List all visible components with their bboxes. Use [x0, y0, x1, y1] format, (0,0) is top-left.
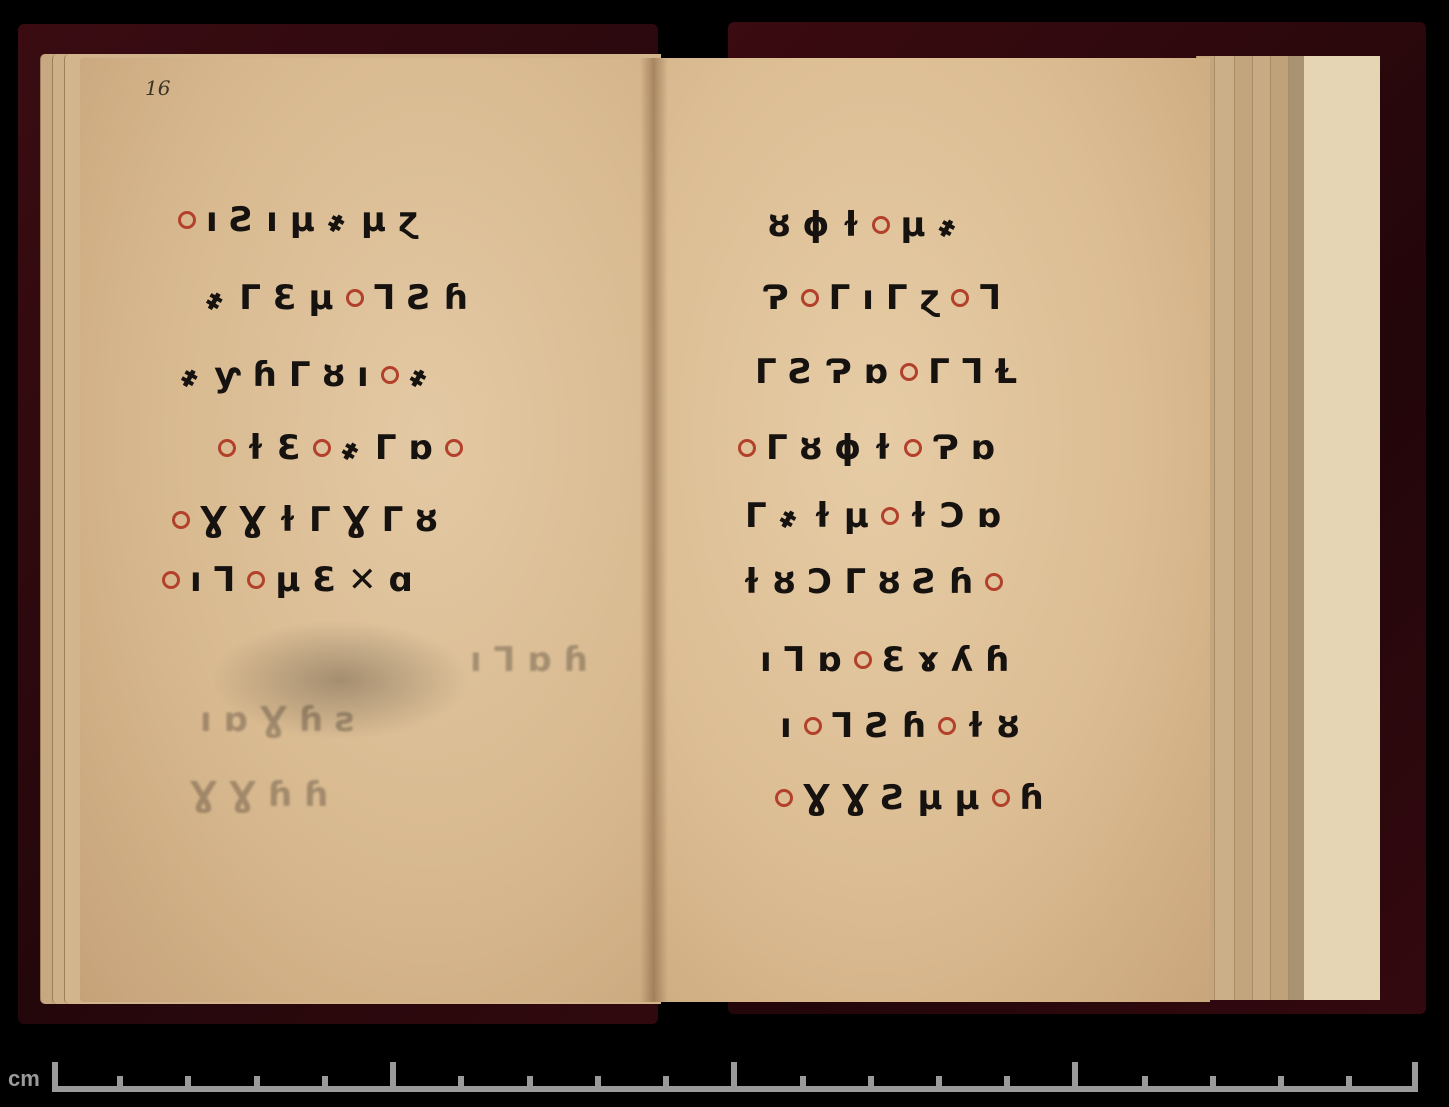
script-glyph: ȣ: [323, 355, 347, 395]
rubric-dot: [218, 439, 236, 457]
script-glyph: Ɣ: [343, 500, 372, 540]
ruler-tick: [1278, 1076, 1284, 1092]
script-glyph: ɦ: [253, 355, 279, 395]
right-line-7: ıꞀɒƐɤʎɦ: [760, 640, 1011, 680]
script-glyph: ɒ: [977, 496, 1003, 536]
rubric-dot: [854, 651, 872, 669]
script-glyph: ɫ: [966, 706, 987, 746]
left-line-3: ҂ƴɦΓȣı҂: [180, 355, 433, 395]
script-glyph: ı: [862, 278, 876, 318]
script-glyph: ɀ: [398, 200, 420, 240]
rubric-dot: [738, 439, 756, 457]
ruler-tick: [527, 1076, 533, 1092]
left-line-4: ɫƐ҂Γɒ: [218, 428, 463, 468]
script-glyph: Ƨ: [230, 200, 257, 240]
script-glyph: ɦ: [299, 700, 325, 740]
script-glyph: Ɣ: [803, 778, 832, 818]
script-glyph: ҂: [938, 205, 962, 245]
script-glyph: Ɣ: [190, 775, 219, 815]
script-glyph: ı: [470, 640, 484, 680]
left-line-6: ıꞀµƐ✕ɑ: [162, 560, 415, 600]
rubric-dot: [804, 717, 822, 735]
script-glyph: Γ: [829, 278, 853, 318]
script-glyph: ȣ: [768, 205, 792, 245]
rubric-dot: [313, 439, 331, 457]
rubric-dot: [172, 511, 190, 529]
script-glyph: ɫ: [813, 496, 834, 536]
rubric-dot: [247, 571, 265, 589]
script-glyph: ȣ: [415, 500, 439, 540]
script-glyph: µ: [290, 200, 317, 240]
script-glyph: Γ: [309, 500, 333, 540]
cm-scale-ruler: [52, 1062, 1418, 1092]
script-glyph: ɦ: [1020, 778, 1046, 818]
script-glyph: Ɣ: [200, 500, 229, 540]
ruler-major-tick: [390, 1062, 396, 1092]
ruler-tick: [595, 1076, 601, 1092]
ruler-tick: [1210, 1076, 1216, 1092]
script-glyph: ɦ: [949, 562, 975, 602]
left-line-1: ıƧıµ҂µɀ: [178, 200, 420, 240]
ruler-tick: [458, 1076, 464, 1092]
script-glyph: ȣ: [773, 562, 797, 602]
script-glyph: Ꞁ: [832, 706, 856, 746]
script-glyph: ı: [206, 200, 220, 240]
script-glyph: ϕ: [802, 205, 831, 245]
rubric-dot: [904, 439, 922, 457]
script-glyph: Ɂ: [825, 352, 854, 392]
scale-unit-label: cm: [8, 1066, 40, 1092]
script-glyph: ɀ: [920, 278, 942, 318]
ruler-tick: [868, 1076, 874, 1092]
rubric-dot: [900, 363, 918, 381]
left-ghost-line-1: ıꞀɒɦ: [470, 640, 590, 680]
right-line-8: ıꞀƧɦɫȣ: [780, 706, 1021, 746]
script-glyph: ɒ: [409, 428, 435, 468]
right-line-9: ƔƔƧµµɦ: [775, 778, 1046, 818]
script-glyph: ı: [760, 640, 774, 680]
right-line-3: ΓƧɁɒΓꞀⱢ: [755, 352, 1019, 392]
script-glyph: µ: [309, 278, 336, 318]
script-glyph: µ: [361, 200, 388, 240]
script-glyph: ɒ: [817, 640, 843, 680]
script-glyph: ҂: [341, 428, 365, 468]
script-glyph: Γ: [382, 500, 406, 540]
ruler-tick: [1142, 1076, 1148, 1092]
rubric-dot: [985, 573, 1003, 591]
right-line-5: Γ҂ɫµɫƆɒ: [745, 496, 1003, 536]
ruler-major-tick: [1412, 1062, 1418, 1092]
script-glyph: ɫ: [873, 428, 894, 468]
ruler-major-tick: [52, 1062, 58, 1092]
script-glyph: ƨ: [335, 700, 357, 740]
rubric-dot: [938, 717, 956, 735]
script-glyph: ɦ: [268, 775, 294, 815]
script-glyph: Γ: [755, 352, 779, 392]
left-ghost-line-3: ƔƔɦɦ: [190, 775, 330, 815]
script-glyph: Ꞁ: [979, 278, 1003, 318]
script-glyph: Ɣ: [260, 700, 289, 740]
script-glyph: Ꞁ: [784, 640, 808, 680]
script-glyph: Ꞁ: [214, 560, 238, 600]
script-glyph: Γ: [844, 562, 868, 602]
script-glyph: ȣ: [878, 562, 902, 602]
script-glyph: Ɛ: [273, 278, 299, 318]
script-glyph: ı: [780, 706, 794, 746]
ruler-tick: [800, 1076, 806, 1092]
script-glyph: Ƨ: [865, 706, 892, 746]
script-glyph: ɒ: [864, 352, 890, 392]
script-glyph: µ: [900, 205, 927, 245]
script-glyph: ҂: [779, 496, 803, 536]
script-glyph: ɦ: [304, 775, 330, 815]
ruler-major-tick: [1072, 1062, 1078, 1092]
script-glyph: Ɣ: [239, 500, 268, 540]
script-glyph: Γ: [239, 278, 263, 318]
script-glyph: ɫ: [246, 428, 267, 468]
script-glyph: Ɂ: [762, 278, 791, 318]
ruler-tick: [663, 1076, 669, 1092]
script-glyph: ɒ: [971, 428, 997, 468]
script-glyph: ı: [357, 355, 371, 395]
rubric-dot: [178, 211, 196, 229]
ruler-tick: [1004, 1076, 1010, 1092]
script-glyph: ɑ: [389, 560, 415, 600]
script-glyph: ɦ: [985, 640, 1011, 680]
script-glyph: ҂: [205, 278, 229, 318]
right-line-1: ȣϕɫµ҂: [768, 205, 962, 245]
folio-number: 16: [145, 76, 170, 100]
script-glyph: Γ: [745, 496, 769, 536]
script-glyph: ɦ: [902, 706, 928, 746]
rubric-dot: [381, 366, 399, 384]
script-glyph: Ƨ: [912, 562, 939, 602]
script-glyph: ɒ: [224, 700, 250, 740]
script-glyph: ƴ: [214, 355, 242, 395]
script-glyph: Ɂ: [932, 428, 961, 468]
script-glyph: ɫ: [909, 496, 930, 536]
ruler-tick: [322, 1076, 328, 1092]
right-line-4: ΓȣϕɫɁɒ: [738, 428, 997, 468]
script-glyph: Ƨ: [407, 278, 434, 318]
script-glyph: Ɛ: [277, 428, 303, 468]
endpaper: [1304, 56, 1380, 1000]
script-glyph: ɤ: [917, 640, 941, 680]
script-glyph: Ɛ: [312, 560, 338, 600]
script-glyph: Γ: [375, 428, 399, 468]
rubric-dot: [775, 789, 793, 807]
rubric-dot: [951, 289, 969, 307]
right-line-2: ɁΓıΓɀꞀ: [762, 278, 1003, 318]
rubric-dot: [346, 289, 364, 307]
script-glyph: ı: [190, 560, 204, 600]
script-glyph: ✕: [348, 560, 379, 600]
script-glyph: Ꞁ: [374, 278, 398, 318]
script-glyph: ɦ: [564, 640, 590, 680]
script-glyph: Ɛ: [882, 640, 908, 680]
script-glyph: ɫ: [841, 205, 862, 245]
script-glyph: ɫ: [742, 562, 763, 602]
ruler-major-tick: [731, 1062, 737, 1092]
ruler-tick: [1346, 1076, 1352, 1092]
book-gutter: [640, 58, 668, 1002]
script-glyph: Ɫ: [995, 352, 1019, 392]
script-glyph: Γ: [886, 278, 910, 318]
left-line-5: ƔƔɫΓƔΓȣ: [172, 500, 440, 540]
script-glyph: ȣ: [800, 428, 824, 468]
script-glyph: ϕ: [834, 428, 863, 468]
ruler-tick: [117, 1076, 123, 1092]
left-line-2: ҂ΓƐµꞀƧɦ: [205, 278, 470, 318]
script-glyph: µ: [844, 496, 871, 536]
rubric-dot: [445, 439, 463, 457]
left-ghost-line-2: ıɒƔɦƨ: [200, 700, 357, 740]
script-glyph: Ɔ: [807, 562, 834, 602]
right-line-6: ɫȣƆΓȣƧɦ: [742, 562, 1003, 602]
script-glyph: ı: [266, 200, 280, 240]
script-glyph: ҂: [180, 355, 204, 395]
script-glyph: ɒ: [527, 640, 553, 680]
script-glyph: Ɣ: [229, 775, 258, 815]
script-glyph: Γ: [766, 428, 790, 468]
script-glyph: Ɔ: [940, 496, 967, 536]
script-glyph: µ: [275, 560, 302, 600]
script-glyph: Ꞁ: [962, 352, 986, 392]
script-glyph: ȣ: [997, 706, 1021, 746]
rubric-dot: [992, 789, 1010, 807]
rubric-dot: [881, 507, 899, 525]
script-glyph: Ꞁ: [494, 640, 518, 680]
script-glyph: µ: [917, 778, 944, 818]
script-glyph: ҂: [327, 200, 351, 240]
script-glyph: Γ: [928, 352, 952, 392]
script-glyph: ҂: [409, 355, 433, 395]
script-glyph: ʎ: [951, 640, 975, 680]
script-glyph: Γ: [289, 355, 313, 395]
rubric-dot: [801, 289, 819, 307]
rubric-dot: [162, 571, 180, 589]
script-glyph: Ɣ: [842, 778, 871, 818]
ruler-tick: [254, 1076, 260, 1092]
script-glyph: ı: [200, 700, 214, 740]
script-glyph: Ƨ: [881, 778, 908, 818]
ruler-tick: [185, 1076, 191, 1092]
script-glyph: ɫ: [278, 500, 299, 540]
script-glyph: µ: [954, 778, 981, 818]
script-glyph: ɦ: [444, 278, 470, 318]
rubric-dot: [872, 216, 890, 234]
ruler-tick: [936, 1076, 942, 1092]
script-glyph: Ƨ: [789, 352, 816, 392]
